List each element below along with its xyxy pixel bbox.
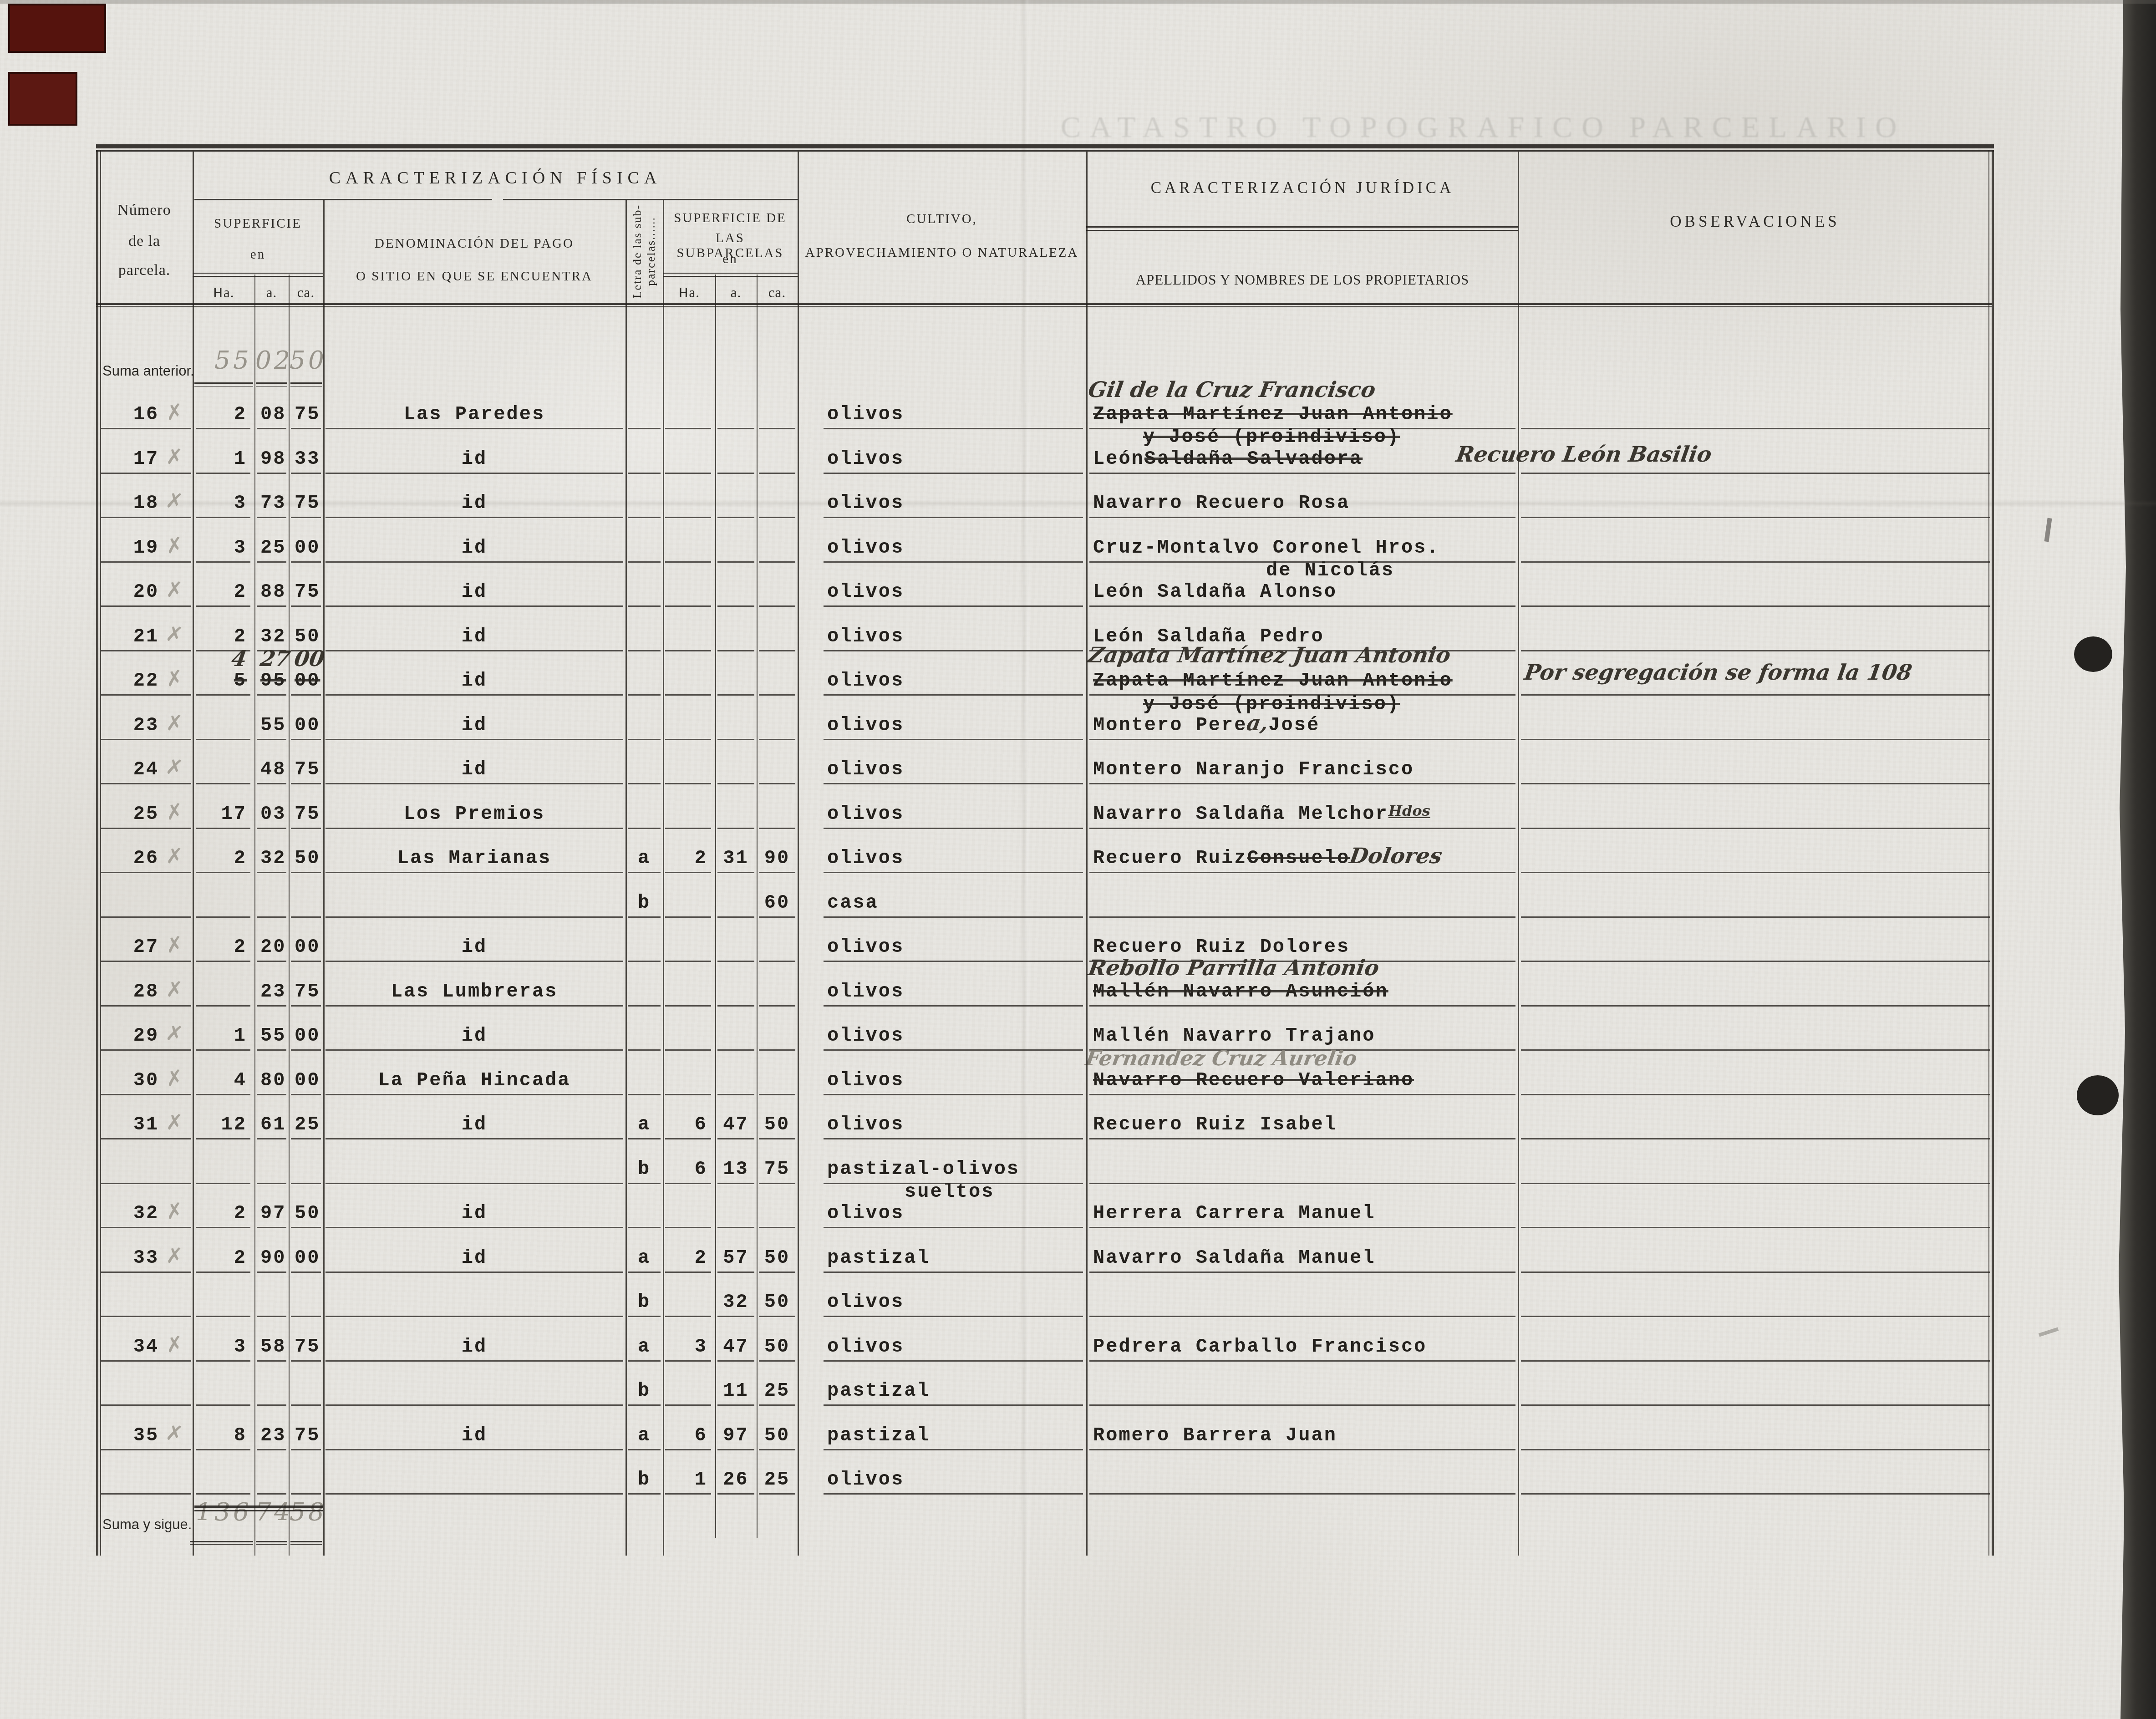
horizontal-rule	[96, 144, 1994, 148]
margin-pencil-mark	[2044, 518, 2052, 542]
horizontal-rule	[290, 382, 322, 384]
column-rule	[1518, 152, 1519, 1556]
horizontal-rule	[663, 276, 798, 277]
horizontal-rule	[256, 1541, 287, 1542]
horizontal-rule	[256, 386, 287, 387]
column-rule	[798, 152, 799, 1556]
column-rule	[100, 150, 101, 1556]
horizontal-rule	[256, 382, 287, 384]
horizontal-rule	[194, 386, 253, 387]
column-rule	[254, 275, 255, 1556]
horizontal-rule	[663, 273, 798, 274]
horizontal-rule	[193, 276, 323, 277]
horizontal-rule	[194, 199, 492, 200]
cadastre-table: CARACTERIZACIÓN FÍSICA CARACTERIZACIÓN J…	[96, 144, 1994, 1560]
column-rule	[625, 200, 627, 1556]
horizontal-rule	[503, 199, 798, 200]
margin-pencil-mark-2	[2039, 1327, 2059, 1337]
column-rule	[1086, 152, 1088, 1556]
scanned-ledger-page: CATASTRO TOPOGRAFICO PARCELARIO CARACTER…	[0, 0, 2156, 1719]
rules-layer	[96, 144, 1994, 1560]
horizontal-rule	[96, 150, 1994, 152]
horizontal-rule	[96, 303, 1992, 305]
horizontal-rule	[290, 1541, 322, 1542]
horizontal-rule	[190, 1541, 253, 1542]
column-rule	[757, 275, 758, 1538]
horizontal-rule	[1086, 226, 1518, 228]
corner-red-mark	[8, 4, 106, 53]
corner-red-mark-2	[8, 72, 77, 126]
ghost-bleedthrough-title: CATASTRO TOPOGRAFICO PARCELARIO	[1061, 110, 1906, 145]
horizontal-rule	[194, 382, 253, 384]
horizontal-rule	[194, 1510, 323, 1511]
horizontal-rule	[96, 306, 1992, 307]
scan-right-edge	[2110, 0, 2156, 1719]
column-rule	[715, 275, 716, 1538]
horizontal-rule	[190, 1544, 253, 1545]
column-rule	[1988, 150, 1989, 1556]
column-rule	[323, 200, 325, 1556]
column-rule	[1992, 150, 1994, 1556]
column-rule	[193, 152, 194, 1556]
scan-top-edge	[0, 0, 2156, 4]
horizontal-rule	[290, 1544, 322, 1545]
hole-punch-2	[2077, 1075, 2119, 1115]
horizontal-rule	[194, 1505, 323, 1508]
column-rule	[289, 275, 290, 1556]
horizontal-rule	[290, 386, 322, 387]
horizontal-rule	[193, 273, 323, 274]
column-rule	[663, 200, 664, 1556]
column-rule	[96, 150, 98, 1556]
horizontal-rule	[256, 1544, 287, 1545]
horizontal-rule	[1086, 230, 1518, 231]
hole-punch	[2074, 636, 2112, 672]
